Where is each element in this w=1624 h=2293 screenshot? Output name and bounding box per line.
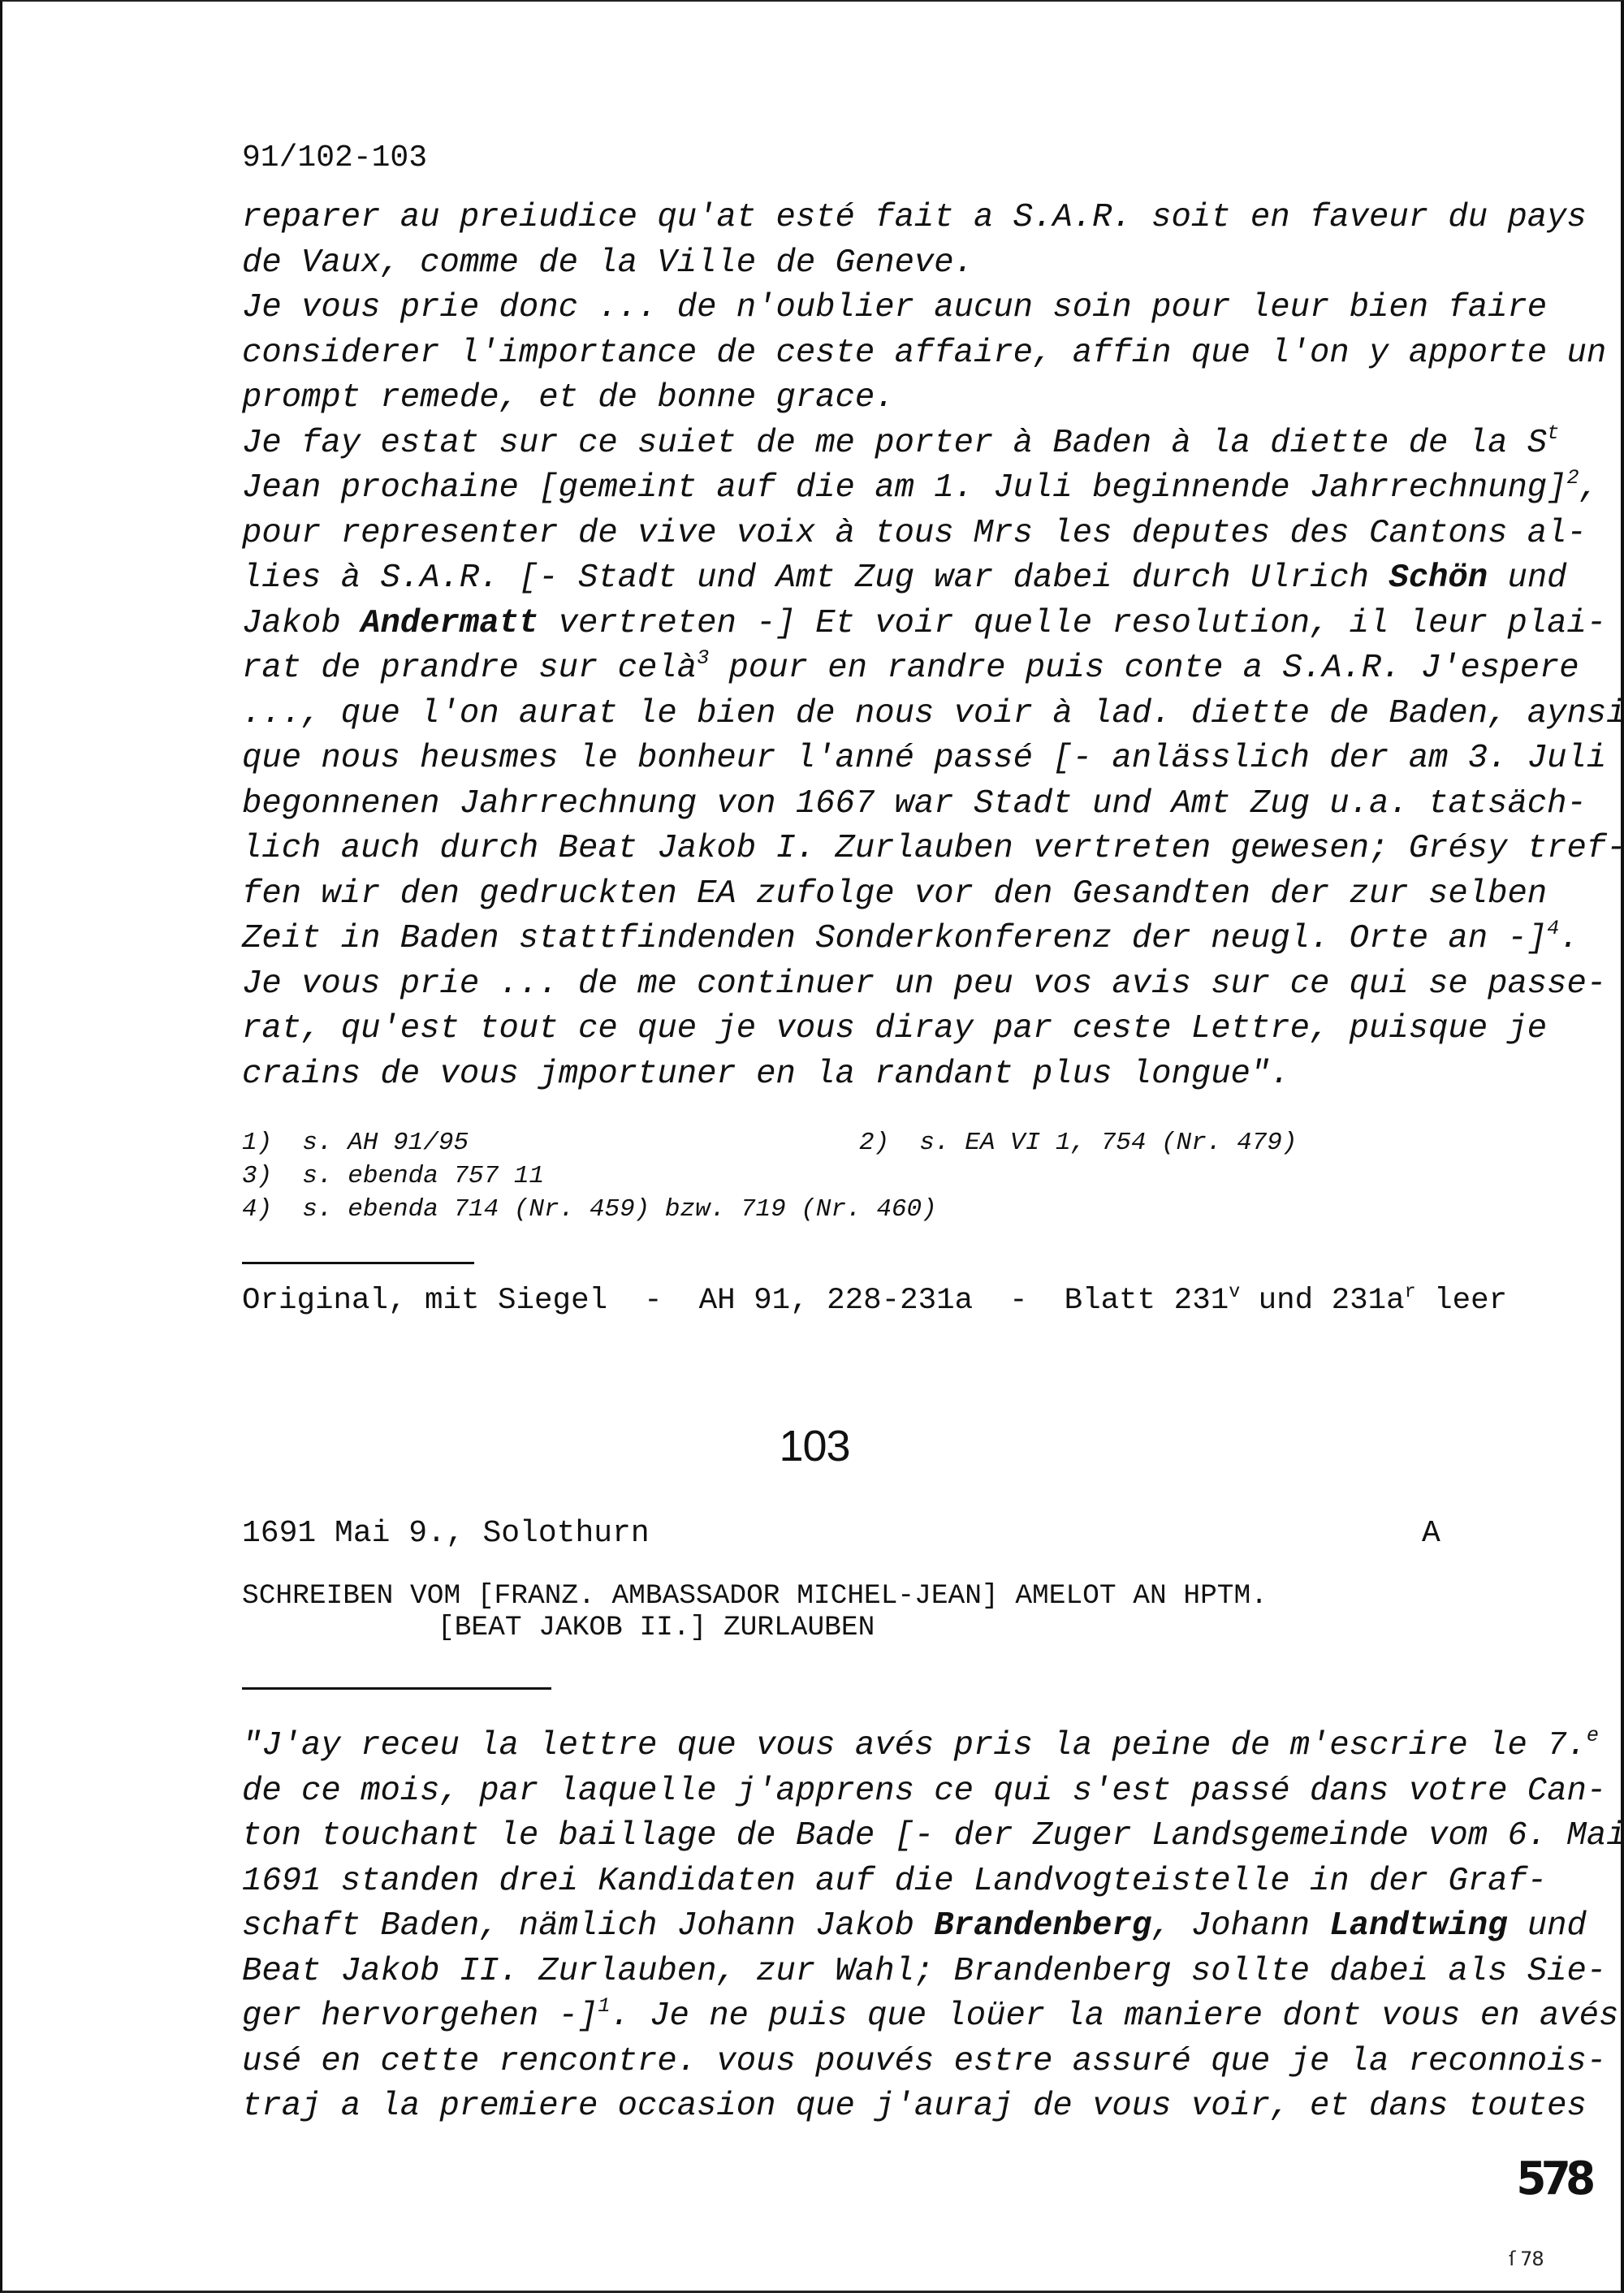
text-run: Je vous prie ... de me continuer un peu … [242,965,1606,1003]
superscript: 2 [1567,466,1579,490]
text-run: rat de prandre sur celà [242,650,697,687]
title-divider [242,1687,551,1690]
continuation-line: pour representer de vive voix à tous Mrs… [242,517,1587,551]
text-run: . [1559,920,1579,957]
continuation-line: de Vaux, comme de la Ville de Geneve. [242,247,974,280]
text-run: Jakob [242,605,361,642]
letter-line: "J'ay receu la lettre que vous avés pris… [242,1729,1599,1763]
source-note-suffix: leer [1416,1284,1508,1318]
text-run: . Je ne puis que loüer la maniere dont v… [610,1997,1618,2035]
text-run: prompt remede, et de bonne grace. [242,379,895,417]
letter-line: ger hervorgehen -]1. Je ne puis que loüe… [242,2000,1618,2033]
continuation-line: Jean prochaine [gemeint auf die am 1. Ju… [242,472,1599,505]
section-divider [242,1262,474,1264]
footnote-4: 4) s. ebenda 714 (Nr. 459) bzw. 719 (Nr.… [242,1197,937,1222]
text-run: ger hervorgehen -] [242,1997,598,2035]
text-run: reparer au preiudice qu'at esté fait a S… [242,199,1587,236]
document-reference: 91/102-103 [242,143,427,174]
superscript: 3 [697,646,709,670]
text-run: crains de vous jmportuner en la randant … [242,1056,1290,1093]
continuation-line: Je fay estat sur ce suiet de me porter à… [242,427,1559,460]
continuation-line: ..., que l'on aurat le bien de nous voir… [242,697,1624,731]
text-run: Je fay estat sur ce suiet de me porter à… [242,425,1547,462]
text-run: schaft Baden, nämlich Johann Jakob [242,1907,934,1945]
source-note-sup-verso: v [1229,1281,1240,1302]
source-note-middle: und 231a [1240,1284,1405,1318]
text-run: usé en cette rencontre. vous pouvés estr… [242,2043,1606,2080]
entry-category: A [1422,1518,1440,1549]
handwritten-page-number: 578 [1516,2157,1590,2202]
continuation-line: rat, qu'est tout ce que je vous diray pa… [242,1013,1547,1046]
continuation-line: Zeit in Baden stattfindenden Sonderkonfe… [242,922,1579,956]
letter-line: Beat Jakob II. Zurlauben, zur Wahl; Bran… [242,1955,1606,1989]
continuation-line: lies à S.A.R. [- Stadt und Amt Zug war d… [242,562,1567,595]
letter-line: 1691 standen drei Kandidaten auf die Lan… [242,1865,1547,1898]
bold-name: Andermatt [361,605,538,642]
entry-dateline: 1691 Mai 9., Solothurn [242,1518,650,1549]
source-note: Original, mit Siegel - AH 91, 228-231a -… [242,1286,1507,1317]
bold-name: Landtwing [1329,1907,1507,1945]
text-run: traj a la premiere occasion que j'auraj … [242,2088,1587,2125]
continuation-line: crains de vous jmportuner en la randant … [242,1058,1290,1091]
footnote-2: 2) s. EA VI 1, 754 (Nr. 479) [859,1130,1298,1155]
text-run: Jean prochaine [gemeint auf die am 1. Ju… [242,469,1567,507]
continuation-line: lich auch durch Beat Jakob I. Zurlauben … [242,832,1624,866]
continuation-line: que nous heusmes le bonheur l'anné passé… [242,742,1606,775]
superscript: e [1587,1724,1599,1747]
continuation-line: begonnenen Jahrrechnung von 1667 war Sta… [242,788,1587,821]
superscript: t [1547,421,1559,445]
bold-name: Schön [1389,559,1488,597]
document-page: 91/102-103 reparer au preiudice qu'at es… [0,0,1624,2293]
footnote-3: 3) s. ebenda 757 11 [242,1164,544,1189]
text-run: de Vaux, comme de la Ville de Geneve. [242,244,974,282]
entry-title-line-1: SCHREIBEN VOM [FRANZ. AMBASSADOR MICHEL-… [242,1583,1268,1611]
text-run: rat, qu'est tout ce que je vous diray pa… [242,1010,1547,1047]
continuation-line: Jakob Andermatt vertreten -] Et voir que… [242,607,1606,641]
text-run: "J'ay receu la lettre que vous avés pris… [242,1727,1587,1764]
superscript: 4 [1547,917,1559,940]
text-run: , [1579,469,1599,507]
source-note-sup-recto: r [1405,1281,1416,1302]
text-run: ton touchant le baillage de Bade [- der … [242,1817,1624,1855]
text-run: ..., que l'on aurat le bien de nous voir… [242,695,1624,732]
letter-line: usé en cette rencontre. vous pouvés estr… [242,2045,1606,2079]
continuation-line: considerer l'importance de ceste affaire… [242,337,1606,370]
text-run: Beat Jakob II. Zurlauben, zur Wahl; Bran… [242,1953,1606,1990]
footnote-1: 1) s. AH 91/95 [242,1130,469,1155]
superscript: 1 [598,1994,610,2018]
text-run: Zeit in Baden stattfindenden Sonderkonfe… [242,920,1547,957]
letter-line: de ce mois, par laquelle j'apprens ce qu… [242,1775,1606,1808]
entry-number: 103 [2,1424,1624,1468]
continuation-line: Je vous prie donc ... de n'oublier aucun… [242,291,1547,325]
letter-line: schaft Baden, nämlich Johann Jakob Brand… [242,1910,1587,1943]
continuation-line: reparer au preiudice qu'at esté fait a S… [242,201,1587,235]
entry-title-line-2: [BEAT JAKOB II.] ZURLAUBEN [438,1614,875,1643]
text-run: , Johann [1151,1907,1329,1945]
text-run: fen wir den gedruckten EA zufolge vor de… [242,875,1547,913]
letter-line: ton touchant le baillage de Bade [- der … [242,1820,1624,1853]
text-run: que nous heusmes le bonheur l'anné passé… [242,740,1606,777]
text-run: pour representer de vive voix à tous Mrs… [242,515,1587,552]
continuation-line: Je vous prie ... de me continuer un peu … [242,968,1606,1001]
text-run: lich auch durch Beat Jakob I. Zurlauben … [242,830,1624,867]
text-run: vertreten -] Et voir quelle resolution, … [538,605,1606,642]
text-run: lies à S.A.R. [- Stadt und Amt Zug war d… [242,559,1389,597]
handwritten-secondary-mark: ſ 78 [1509,2249,1544,2269]
bold-name: Brandenberg [934,1907,1151,1945]
text-run: und [1507,1907,1586,1945]
text-run: pour en randre puis conte a S.A.R. J'esp… [709,650,1579,687]
letter-line: traj a la premiere occasion que j'auraj … [242,2090,1587,2123]
source-note-prefix: Original, mit Siegel - AH 91, 228-231a -… [242,1284,1229,1318]
continuation-line: rat de prandre sur celà3 pour en randre … [242,652,1579,685]
text-run: 1691 standen drei Kandidaten auf die Lan… [242,1863,1547,1900]
continuation-line: prompt remede, et de bonne grace. [242,382,895,415]
continuation-line: fen wir den gedruckten EA zufolge vor de… [242,878,1547,911]
text-run: considerer l'importance de ceste affaire… [242,335,1606,372]
text-run: und [1488,559,1566,597]
text-run: de ce mois, par laquelle j'apprens ce qu… [242,1773,1606,1810]
text-run: Je vous prie donc ... de n'oublier aucun… [242,289,1547,326]
text-run: begonnenen Jahrrechnung von 1667 war Sta… [242,785,1587,823]
